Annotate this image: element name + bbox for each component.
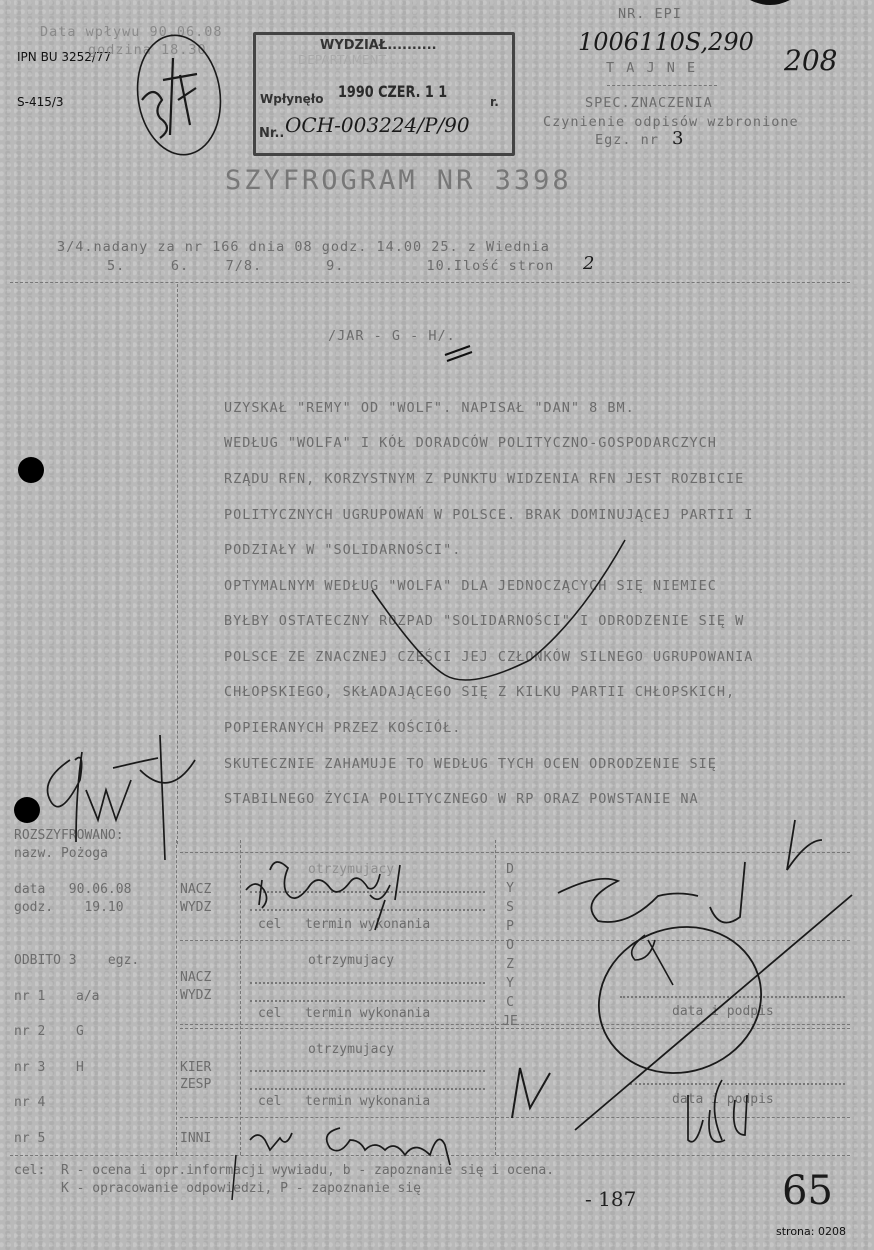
handwriting-overlay [0,0,874,1250]
circle-mark [130,30,228,160]
